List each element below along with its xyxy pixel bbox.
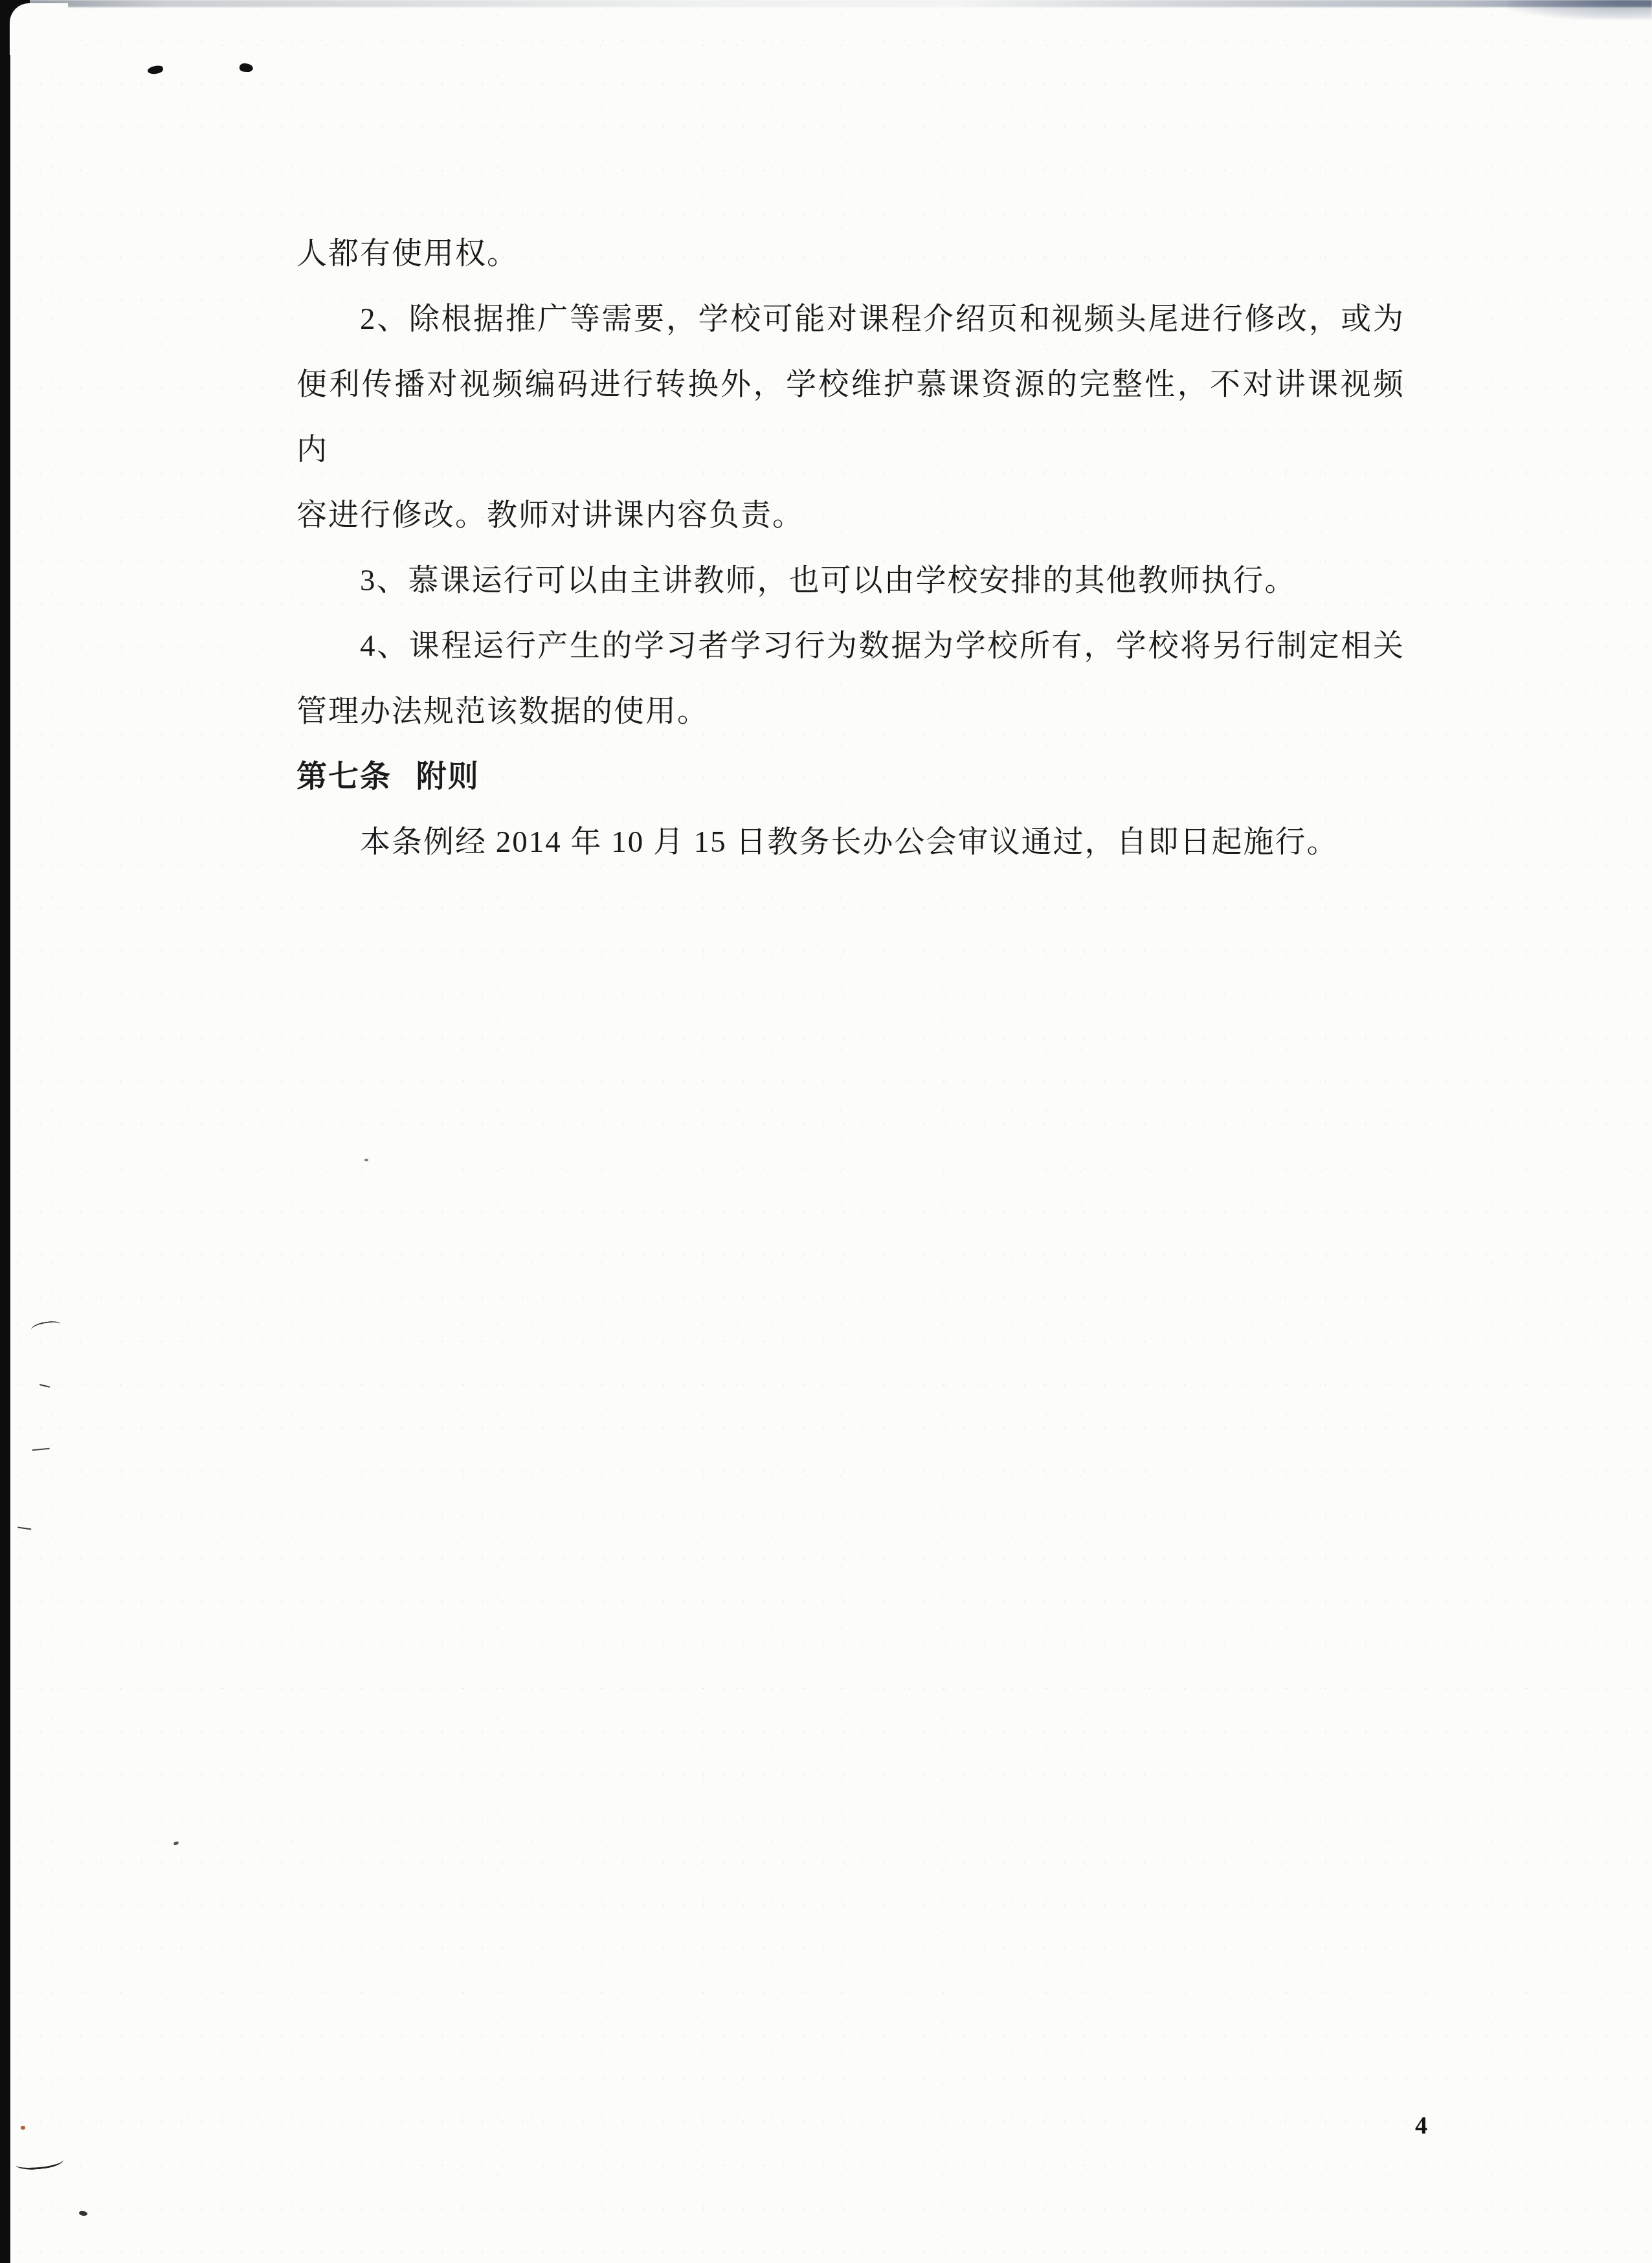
top-scan-noise (0, 0, 1652, 7)
page-number: 4 (1415, 2112, 1427, 2140)
body-line: 管理办法规范该数据的使用。 (296, 679, 1405, 744)
body-line: 人都有使用权。 (296, 221, 1405, 287)
body-line: 本条例经 2014 年 10 月 15 日教务长办公会审议通过，自即日起施行。 (296, 810, 1405, 875)
body-line: 2、除根据推广等需要，学校可能对课程介绍页和视频头尾进行修改，或为 (296, 287, 1405, 352)
top-right-scan-smudge (1508, 0, 1652, 19)
section-heading: 第七条 附则 (296, 744, 1405, 810)
scanned-document-page: 人都有使用权。 2、除根据推广等需要，学校可能对课程介绍页和视频头尾进行修改，或… (0, 0, 1652, 2263)
scan-hair-mark (78, 2211, 87, 2217)
scan-speck (173, 1841, 179, 1845)
scan-hair-mark (30, 1319, 61, 1335)
document-body: 人都有使用权。 2、除根据推广等需要，学校可能对课程介绍页和视频头尾进行修改，或… (296, 221, 1405, 875)
body-line: 4、课程运行产生的学习者学习行为数据为学校所有，学校将另行制定相关 (296, 614, 1405, 679)
paper-rounded-corner (10, 3, 68, 55)
body-line: 便利传播对视频编码进行转换外，学校维护慕课资源的完整性，不对讲课视频内 (296, 352, 1405, 483)
body-line: 3、慕课运行可以由主讲教师，也可以由学校安排的其他教师执行。 (296, 548, 1405, 614)
scan-speck (21, 2126, 25, 2130)
scan-speck (364, 1159, 368, 1161)
scan-hair-mark (39, 1379, 51, 1388)
scan-edge-left (0, 0, 10, 2263)
scan-hair-mark (32, 1448, 50, 1456)
scan-smudge (239, 63, 253, 72)
body-line: 容进行修改。教师对讲课内容负责。 (296, 483, 1405, 548)
scan-smudge (147, 65, 163, 75)
scan-hair-mark (17, 1521, 32, 1530)
scan-hair-mark (15, 2153, 64, 2172)
